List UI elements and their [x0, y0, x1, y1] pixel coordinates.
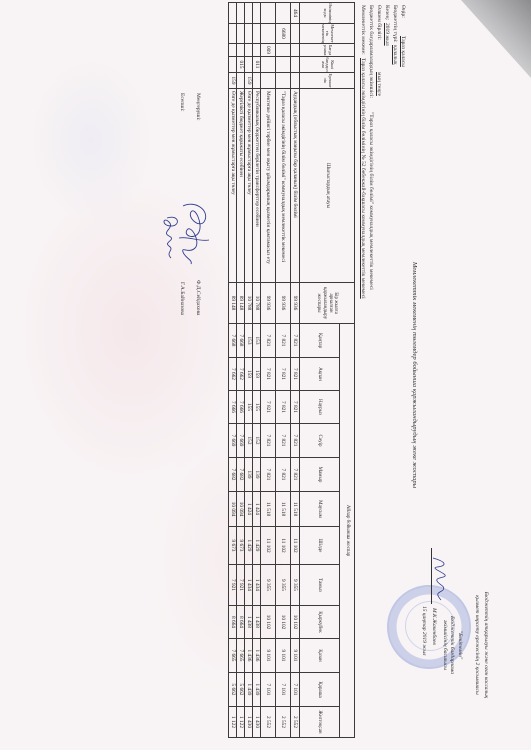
region-value: Тараз қаласы — [399, 36, 406, 67]
cell-month-jul: 1 429 — [253, 527, 261, 565]
cell-month-jan: 7 821 — [291, 324, 300, 358]
cell-month-apr: 7 821 — [291, 424, 300, 458]
cell-program — [229, 44, 237, 57]
cell-month-jun: 11 518 — [291, 492, 300, 527]
cell-program — [291, 44, 300, 57]
cell-institution-code — [237, 24, 245, 44]
cell-month-feb: 7 821 — [276, 358, 291, 391]
approved-label: "Бекітемін" — [456, 545, 463, 745]
cell-month-nov: 5 662 — [229, 673, 237, 707]
unit-label: Өлшем бірлігі: — [375, 5, 382, 40]
table-row: 011Республикалық бюджеттен берілетін тра… — [253, 3, 261, 738]
cell-expense-name: Аудандық (облыстық маңызы бар қаланың) б… — [291, 89, 300, 283]
cell-month-jan: 153 — [253, 324, 261, 358]
table-header-row: Әкімшінің коды Мемлекеттік мекеменің Бағ… — [340, 3, 355, 738]
cell-month-oct: 7 665 — [237, 639, 245, 673]
cell-expense-name: Жергілікті бюджет қаражаты есебінен — [237, 89, 245, 283]
cell-month-jan: 7 821 — [276, 324, 291, 358]
cell-subprogram — [291, 57, 300, 73]
cell-month-apr: 7 669 — [229, 424, 237, 458]
institution-label: Мемлекеттік мекеме: — [359, 5, 366, 55]
cell-month-feb: 7 662 — [237, 358, 245, 391]
cell-month-aug: 1 434 — [253, 565, 261, 606]
cell-month-nov: 1 439 — [245, 673, 253, 707]
cell-expense-name: Республикалық бюджеттен берілетін трансф… — [253, 89, 261, 283]
cell-admin-code — [237, 3, 245, 24]
administrator-label: Бюджеттік бағдарламалардың әкімшісі: — [367, 5, 374, 98]
institution-value: Тараз қаласы әкімдігінің білім бөлімінің… — [359, 58, 366, 299]
cell-institution-code — [245, 24, 253, 44]
header-month-mar: Наурыз — [300, 391, 340, 424]
cell-month-aug: 1 434 — [245, 565, 253, 606]
cell-month-jun: 1 424 — [253, 492, 261, 527]
cell-month-nov: 5 662 — [237, 673, 245, 707]
cell-month-dec: 1 430 — [253, 707, 261, 738]
cell-subprogram — [229, 57, 237, 73]
cell-month-dec: 1 122 — [229, 707, 237, 738]
cell-admin-code — [253, 3, 261, 24]
cell-annual-plan: 89 148 — [229, 283, 237, 324]
cell-month-jun: 1 424 — [245, 492, 253, 527]
cell-month-jan: 7 821 — [261, 324, 276, 358]
cell-specific — [276, 73, 291, 89]
cell-month-aug: 9 355 — [291, 565, 300, 606]
cell-institution-code: 6680 — [276, 24, 291, 44]
cell-admin-code — [261, 3, 276, 24]
period-value: 2019 жыл — [383, 23, 390, 46]
cell-month-feb: 159 — [253, 358, 261, 391]
cell-month-mar: 155 — [245, 391, 253, 424]
cell-month-apr: 7 821 — [261, 424, 276, 458]
header-month-jul: Шілде — [300, 527, 340, 565]
cell-institution-code — [253, 24, 261, 44]
cell-specific — [261, 73, 276, 89]
accountant-name: Г.А.Байназова — [178, 282, 185, 315]
cell-specific — [237, 73, 245, 89]
cell-expense-name: Өзге де қызметтер мен жұмыстарға ақы төл… — [245, 89, 253, 283]
cell-month-aug: 7 921 — [237, 565, 245, 606]
cell-subprogram: 015 — [237, 57, 245, 73]
cell-annual-plan: 99 936 — [291, 283, 300, 324]
cell-month-jun: 11 518 — [276, 492, 291, 527]
header-month-jan: Қаңтар — [300, 324, 340, 358]
cell-month-jul: 11 102 — [276, 527, 291, 565]
table-row: 6680"Тараз қаласы әкімдігінің білім бөлі… — [276, 3, 291, 738]
cell-month-feb: 7 821 — [261, 358, 276, 391]
cell-month-may: 7 682 — [237, 458, 245, 492]
cell-month-jan: 7 668 — [229, 324, 237, 358]
cell-annual-plan: 99 936 — [261, 283, 276, 324]
cell-month-jan: 153 — [245, 324, 253, 358]
header-month-may: Мамыр — [300, 458, 340, 492]
administrator-value: "Тараз қаласы әкімдігінің білім бөлімі" … — [367, 112, 374, 290]
budget-type-value: қалалық — [391, 45, 398, 65]
header-month-dec: Желтоқсан — [300, 707, 340, 738]
header-institution-code: Мемлекеттік мекеменің — [300, 24, 355, 44]
region-label: Өңір: — [399, 5, 406, 18]
cell-institution-code — [261, 24, 276, 44]
manager-name: Ф.Д.Сейдахова — [194, 280, 201, 315]
cell-specific — [253, 73, 261, 89]
approver-name: М.К.Жакенбаев — [430, 608, 437, 645]
cell-month-oct: 1 436 — [245, 639, 253, 673]
cell-month-sep: 8 664 — [229, 606, 237, 639]
header-admin-code: Әкімшінің коды — [300, 3, 355, 24]
cell-month-dec: 1 430 — [245, 707, 253, 738]
approval-date: 15 қаңтар 2019 жыл — [420, 606, 427, 655]
header-month-feb: Ақпан — [300, 358, 340, 391]
cell-month-dec: 2 552 — [276, 707, 291, 738]
paper-fold-shadow — [461, 0, 531, 78]
cell-month-oct: 1 436 — [253, 639, 261, 673]
cell-month-jun: 11 518 — [261, 492, 276, 527]
cell-month-dec: 2 552 — [261, 707, 276, 738]
table-row: 015Жергілікті бюджет қаражаты есебінен89… — [237, 3, 245, 738]
header-expense-name: Шығыстардың атауы — [300, 89, 355, 283]
cell-admin-code — [245, 3, 253, 24]
header-subprogram: Кіші бағдарлама — [300, 57, 355, 73]
cell-specific: 159 — [229, 73, 237, 89]
cell-annual-plan: 99 936 — [276, 283, 291, 324]
cell-month-apr: 152 — [245, 424, 253, 458]
cell-month-sep: 10 102 — [261, 606, 276, 639]
table-row: 159Өзге де қызметтер мен жұмыстарға ақы … — [229, 3, 237, 738]
header-month-oct: Қазан — [300, 639, 340, 673]
cell-month-mar: 7 821 — [276, 391, 291, 424]
header-annual-plan: Бір жылға арналған қаржыландыру жоспары — [300, 283, 355, 324]
cell-month-dec: 1 122 — [237, 707, 245, 738]
cell-month-may: 7 821 — [291, 458, 300, 492]
cell-month-may: 139 — [245, 458, 253, 492]
cell-month-mar: 7 821 — [261, 391, 276, 424]
cell-month-oct: 9 101 — [276, 639, 291, 673]
cell-month-apr: 7 821 — [276, 424, 291, 458]
header-month-nov: Қараша — [300, 673, 340, 707]
cell-month-jul: 11 102 — [261, 527, 276, 565]
cell-expense-name: Өзге де қызметтер мен жұмыстарға ақы төл… — [229, 89, 237, 283]
cell-annual-plan: 10 788 — [253, 283, 261, 324]
budget-type-label: Бюджеттің түрі: — [391, 5, 398, 43]
cell-month-dec: 2 552 — [291, 707, 300, 738]
cell-month-aug: 9 355 — [261, 565, 276, 606]
cell-month-mar: 155 — [253, 391, 261, 424]
cell-institution-code — [291, 24, 300, 44]
cell-admin-code: 464 — [291, 3, 300, 24]
cell-expense-name: Мектепке дейінгі тәрбие мен оқыту ұйымда… — [261, 89, 276, 283]
cell-month-sep: 1 438 — [245, 606, 253, 639]
cell-program — [245, 44, 253, 57]
cell-month-aug: 7 921 — [229, 565, 237, 606]
approver-position-line-1: Бюджеттік бағдарлама — [448, 545, 455, 745]
cell-subprogram — [245, 57, 253, 73]
financing-plan-table: Әкімшінің коды Мемлекеттік мекеменің Бағ… — [228, 2, 355, 738]
cell-month-jun: 10 094 — [237, 492, 245, 527]
cell-month-mar: 7 666 — [229, 391, 237, 424]
cell-subprogram: 011 — [253, 57, 261, 73]
cell-program — [237, 44, 245, 57]
cell-month-may: 7 821 — [276, 458, 291, 492]
table-row: 159Өзге де қызметтер мен жұмыстарға ақы … — [245, 3, 253, 738]
cell-specific — [291, 73, 300, 89]
cell-admin-code — [229, 3, 237, 24]
signature-scribbles — [151, 196, 213, 268]
cell-specific: 159 — [245, 73, 253, 89]
cell-program — [253, 44, 261, 57]
cell-month-jun: 10 094 — [229, 492, 237, 527]
table-body: 464Аудандық (облыстық маңызы бар қаланың… — [229, 3, 300, 738]
header-specific: Ерекшелік — [300, 73, 355, 89]
cell-month-may: 139 — [253, 458, 261, 492]
cell-subprogram — [261, 57, 276, 73]
header-month-aug: Тамыз — [300, 565, 340, 606]
period-label: Кезең: — [383, 5, 390, 20]
approver-signature — [429, 556, 449, 602]
cell-month-aug: 9 355 — [276, 565, 291, 606]
appendix-line-1: Бюджеттің атқарылуы және оған кассалық — [482, 545, 489, 745]
cell-program — [276, 44, 291, 57]
cell-month-sep: 1 438 — [253, 606, 261, 639]
cell-subprogram — [276, 57, 291, 73]
manager-label: Меңгеруші: — [194, 93, 201, 121]
cell-month-nov: 7 101 — [276, 673, 291, 707]
cell-month-oct: 9 101 — [261, 639, 276, 673]
cell-month-nov: 7 101 — [261, 673, 276, 707]
cell-month-jan: 7 668 — [237, 324, 245, 358]
cell-month-may: 7 682 — [229, 458, 237, 492]
cell-month-jul: 9 673 — [237, 527, 245, 565]
cell-month-jul: 11 102 — [291, 527, 300, 565]
header-program: Бағдарлама — [300, 44, 355, 57]
cell-admin-code — [276, 3, 291, 24]
cell-month-may: 7 821 — [261, 458, 276, 492]
cell-month-feb: 7 821 — [291, 358, 300, 391]
cell-month-mar: 7 666 — [237, 391, 245, 424]
unit-value: мың теңге — [375, 72, 382, 96]
header-monthly-plan: Айлар бойынша жоспар — [340, 324, 355, 738]
table-row: 464Аудандық (облыстық маңызы бар қаланың… — [291, 3, 300, 738]
cell-month-feb: 7 662 — [229, 358, 237, 391]
appendix-line-2: қызмет көрсету ережесінің 2 қосымшасы — [473, 545, 480, 745]
cell-month-jul: 1 429 — [245, 527, 253, 565]
financing-plan-document: Бюджеттің атқарылуы және оған кассалық қ… — [0, 0, 531, 750]
header-month-apr: Сәуір — [300, 424, 340, 458]
cell-institution-code — [229, 24, 237, 44]
cell-month-jul: 9 673 — [229, 527, 237, 565]
cell-month-nov: 7 101 — [291, 673, 300, 707]
cell-month-feb: 159 — [245, 358, 253, 391]
cell-month-oct: 9 101 — [291, 639, 300, 673]
cell-month-sep: 8 664 — [237, 606, 245, 639]
accountant-label: Есепші: — [178, 93, 185, 112]
table-row: 009Мектепке дейінгі тәрбие мен оқыту ұйы… — [261, 3, 276, 738]
header-month-jun: Маусым — [300, 492, 340, 527]
cell-month-nov: 1 439 — [253, 673, 261, 707]
cell-annual-plan: 10 788 — [245, 283, 253, 324]
cell-annual-plan: 89 148 — [237, 283, 245, 324]
cell-program: 009 — [261, 44, 276, 57]
cell-expense-name: "Тараз қаласы әкімдігінің білім бөлімі" … — [276, 89, 291, 283]
cell-month-sep: 10 102 — [291, 606, 300, 639]
cell-month-sep: 10 102 — [276, 606, 291, 639]
cell-month-apr: 152 — [253, 424, 261, 458]
document-title: Мемлекеттік мекеменің төлемдер бойынша қ… — [411, 230, 418, 520]
cell-month-oct: 7 665 — [229, 639, 237, 673]
cell-month-mar: 7 821 — [291, 391, 300, 424]
header-month-sep: Қыркүйек — [300, 606, 340, 639]
cell-month-apr: 7 669 — [237, 424, 245, 458]
